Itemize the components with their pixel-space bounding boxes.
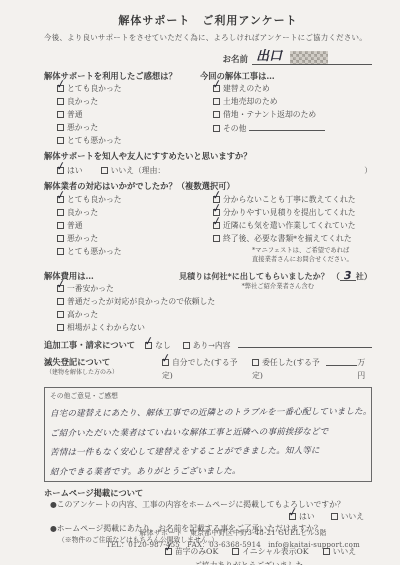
option-row: 悪かった [57, 232, 200, 245]
option-label: 近隣にも気を遣い作業してくれていた [223, 221, 356, 230]
comments-label: その他ご意見・ご感想 [50, 390, 366, 400]
checkbox[interactable] [213, 85, 220, 92]
section-cost-quotes: 解体費用は… 見積りは何社*に出してもらいましたか？ （3社） 一番安かった *… [44, 269, 372, 334]
name-handwritten: 出口 [256, 45, 282, 64]
question-response-label: 解体業者の対応はいかがでしたか？（複数選択可） [44, 180, 372, 192]
checkbox[interactable] [145, 342, 152, 349]
quote-count-field[interactable]: 3 [340, 269, 356, 281]
question-quotes: 見積りは何社*に出してもらいましたか？ （3社） [179, 269, 372, 282]
footer-contact: TEL：0120-987-455 FAX：03-6368-5914 info@k… [66, 539, 400, 551]
name-row: お名前 出口 [44, 47, 372, 65]
homepage-section-label: ホームページ掲載について [44, 487, 372, 499]
option-label: 普通 [67, 110, 83, 119]
checkbox[interactable] [183, 342, 190, 349]
option-label: あり→内容 [193, 341, 231, 350]
manifest-note: *マニフェストは、ご希望であれば 直接業者さんにお問合せください。 [252, 246, 372, 264]
homepage-q1: ●このアンケートの内容、工事の内容をホームページに掲載してもよろしいですか？ [50, 499, 372, 511]
option-label: 一番安かった [67, 284, 114, 293]
question-impression: 解体サポートを利用したご感想は？ とても良かった 良かった 普通 悪かった とて… [44, 70, 200, 147]
checkbox[interactable] [57, 248, 64, 255]
survey-page: 解体サポート ご利用アンケート 今後、より良いサポートをさせていただく為に、よろ… [0, 0, 400, 565]
manifest-note-line1: *マニフェストは、ご希望であれば [252, 246, 372, 255]
option-label: いいえ（理由： [111, 166, 166, 175]
section-impression-purpose: 解体サポートを利用したご感想は？ とても良かった 良かった 普通 悪かった とて… [44, 70, 372, 147]
question-purpose: 今回の解体工事は… 建替えのため 土地売却のため 借地・テナント返却のため その… [200, 70, 372, 147]
option-row: とても良かった [57, 193, 200, 206]
cost-row: 一番安かった *弊社ご紹介業者さん含む [44, 282, 372, 295]
comment-handwritten-line: 苦情は一件もなく安心して建替えをすることができました。知人等に [50, 446, 320, 459]
amount-blank[interactable] [326, 356, 358, 366]
checkbox[interactable] [213, 125, 220, 132]
section-homepage: ホームページ掲載について ●このアンケートの内容、工事の内容をホームページに掲載… [44, 487, 372, 565]
question-registration-label: 滅失登記について [44, 357, 110, 367]
footer: 解体サポート 東京都中野区中野3-48-21 GUELビル3階 TEL：0120… [0, 527, 400, 551]
option-row: 一番安かった [57, 282, 200, 295]
option-label: 自分でした(する予定) [162, 358, 237, 380]
option-label: はい [67, 166, 83, 175]
option-row: 委任した(する予定) [252, 356, 325, 382]
question-recommend-label: 解体サポートを知人や友人にすすめたいと思いますか？ [44, 150, 372, 162]
checkbox[interactable] [57, 222, 64, 229]
option-label: 普通だったが対応が良かったので依頼した [67, 297, 215, 306]
quote-note: *弊社ご紹介業者さん含む [242, 282, 314, 295]
checkbox[interactable] [57, 98, 64, 105]
option-label: 相場がよくわからない [67, 323, 145, 332]
question-cost-label: 解体費用は… [44, 270, 94, 282]
option-row: とても悪かった [57, 134, 200, 147]
option-label: 建替えのため [223, 84, 270, 93]
checkbox[interactable] [57, 209, 64, 216]
option-row: 終了後、必要な書類*を揃えてくれた [213, 232, 372, 245]
registration-sub-note: （建物を解体した方のみ） [46, 369, 162, 376]
checkbox[interactable] [57, 235, 64, 242]
option-label: 悪かった [67, 123, 98, 132]
checkbox[interactable] [101, 167, 108, 174]
option-row: 分かりやすい見積りを提出してくれた [213, 206, 372, 219]
checkbox[interactable] [289, 513, 296, 520]
option-row: 良かった [57, 206, 200, 219]
thanks-text: ご協力ありがとうございました。 [194, 560, 372, 565]
response-left-options: とても良かった 良かった 普通 悪かった とても悪かった [44, 193, 200, 264]
checkbox[interactable] [213, 98, 220, 105]
checkbox[interactable] [57, 111, 64, 118]
question-purpose-label: 今回の解体工事は… [200, 70, 372, 82]
option-row: その他 [213, 121, 372, 135]
option-row: 借地・テナント返却のため [213, 108, 372, 121]
option-row: はい [57, 164, 83, 177]
close-paren: ） [364, 164, 372, 177]
option-label: 良かった [67, 208, 98, 217]
option-label: 普通 [67, 221, 83, 230]
cost-quotes-header-row: 解体費用は… 見積りは何社*に出してもらいましたか？ （3社） [44, 269, 372, 282]
question-registration: 滅失登記について （建物を解体した方のみ） 自分でした(する予定) 委任した(す… [44, 356, 372, 382]
checkbox[interactable] [57, 196, 64, 203]
option-row: 普通だったが対応が良かったので依頼した [57, 295, 372, 308]
option-label: 良かった [67, 97, 98, 106]
open-paren: （ [332, 271, 340, 281]
checkbox[interactable] [57, 324, 64, 331]
comment-handwritten-line: 自宅の建替えにあたり、解体工事での近隣とのトラブルを一番心配していました。 [50, 407, 372, 421]
quote-unit: 社） [356, 271, 372, 281]
checkbox[interactable] [213, 111, 220, 118]
spacer [83, 164, 101, 177]
question-impression-label: 解体サポートを利用したご感想は？ [44, 70, 200, 82]
option-label: 悪かった [67, 234, 98, 243]
option-row: 建替えのため [213, 82, 372, 95]
registration-label-block: 滅失登記について （建物を解体した方のみ） [44, 356, 162, 376]
checkbox[interactable] [213, 222, 220, 229]
additional-detail-blank[interactable] [238, 338, 372, 348]
option-label: いいえ [341, 512, 364, 521]
option-label: 分かりやすい見積りを提出してくれた [223, 208, 356, 217]
option-label: 分からないことも丁寧に教えてくれた [223, 195, 356, 204]
option-label: とても良かった [67, 195, 122, 204]
option-row: 分からないことも丁寧に教えてくれた [213, 193, 372, 206]
option-row: 自分でした(する予定) [162, 356, 243, 382]
response-right-options: 分からないことも丁寧に教えてくれた 分かりやすい見積りを提出してくれた 近隣にも… [200, 193, 372, 264]
option-label: とても良かった [67, 84, 122, 93]
checkbox[interactable] [57, 85, 64, 92]
checkbox[interactable] [252, 359, 259, 366]
comment-handwritten-line: ご紹介いただいた業者はていねいな解体工事と近隣への事前挨拶などで [50, 427, 328, 440]
reason-blank-area[interactable] [165, 164, 364, 177]
option-row: はい [289, 511, 315, 523]
checkbox[interactable] [57, 285, 64, 292]
footer-address: 解体サポート 東京都中野区中野3-48-21 GUELビル3階 [66, 527, 400, 539]
other-blank-line[interactable] [249, 121, 325, 131]
amount-unit: 万円 [357, 356, 372, 382]
option-label: その他 [223, 124, 246, 133]
recommend-answers: はい いいえ（理由： ） [57, 164, 372, 177]
option-row: 悪かった [57, 121, 200, 134]
quote-count-handwritten: 3 [344, 269, 352, 282]
checkbox[interactable] [57, 311, 64, 318]
name-field[interactable]: 出口 [252, 48, 372, 65]
option-label: とても悪かった [67, 247, 122, 256]
option-label: 土地売却のため [223, 97, 278, 106]
option-row: とても良かった [57, 82, 200, 95]
option-row: 高かった [57, 308, 372, 321]
option-label: はい [299, 512, 315, 521]
question-additional-label: 追加工事・請求について [44, 339, 135, 352]
checkbox[interactable] [213, 235, 220, 242]
intro-text: 今後、より良いサポートをさせていただく為に、よろしければアンケートにご協力くださ… [44, 32, 372, 43]
option-row: いいえ（理由： [101, 164, 166, 177]
option-row: あり→内容 [183, 339, 231, 352]
option-row: 普通 [57, 219, 200, 232]
option-row: いいえ [331, 511, 364, 523]
option-label: 高かった [67, 310, 98, 319]
option-label: 借地・テナント返却のため [223, 110, 316, 119]
option-row: 普通 [57, 108, 200, 121]
checkbox[interactable] [57, 124, 64, 131]
question-recommend: 解体サポートを知人や友人にすすめたいと思いますか？ はい いいえ（理由： ） [44, 150, 372, 177]
checkbox[interactable] [162, 359, 169, 366]
option-row: 相場がよくわからない [57, 321, 372, 334]
comment-handwritten-line: 紹介できる業者です。ありがとうございました。 [50, 466, 241, 479]
option-label: なし [155, 341, 171, 350]
checkbox[interactable] [57, 167, 64, 174]
redacted-name-mosaic [290, 51, 328, 64]
checkbox[interactable] [57, 137, 64, 144]
question-response: 解体業者の対応はいかがでしたか？（複数選択可） とても良かった 良かった 普通 … [44, 180, 372, 264]
name-label: お名前 [222, 53, 248, 65]
checkbox[interactable] [57, 298, 64, 305]
page-title: 解体サポート ご利用アンケート [44, 12, 372, 28]
checkbox[interactable] [331, 513, 338, 520]
option-row: 良かった [57, 95, 200, 108]
option-label: 委任した(する予定) [252, 358, 320, 380]
response-columns: とても良かった 良かった 普通 悪かった とても悪かった 分からないことも丁寧に… [44, 193, 372, 264]
question-additional: 追加工事・請求について なし あり→内容 [44, 338, 372, 352]
question-quotes-label: 見積りは何社*に出してもらいましたか？ [179, 271, 329, 281]
option-row: 土地売却のため [213, 95, 372, 108]
manifest-note-line2: 直接業者さんにお問合せください。 [252, 255, 372, 264]
option-label: 終了後、必要な書類*を揃えてくれた [223, 234, 352, 243]
comments-box[interactable]: その他ご意見・ご感想 自宅の建替えにあたり、解体工事での近隣とのトラブルを一番心… [44, 387, 372, 482]
option-row: とても悪かった [57, 245, 200, 258]
homepage-q1-answers: はい いいえ [44, 511, 372, 523]
option-label: とても悪かった [67, 136, 122, 145]
option-row: 近隣にも気を遣い作業してくれていた [213, 219, 372, 232]
